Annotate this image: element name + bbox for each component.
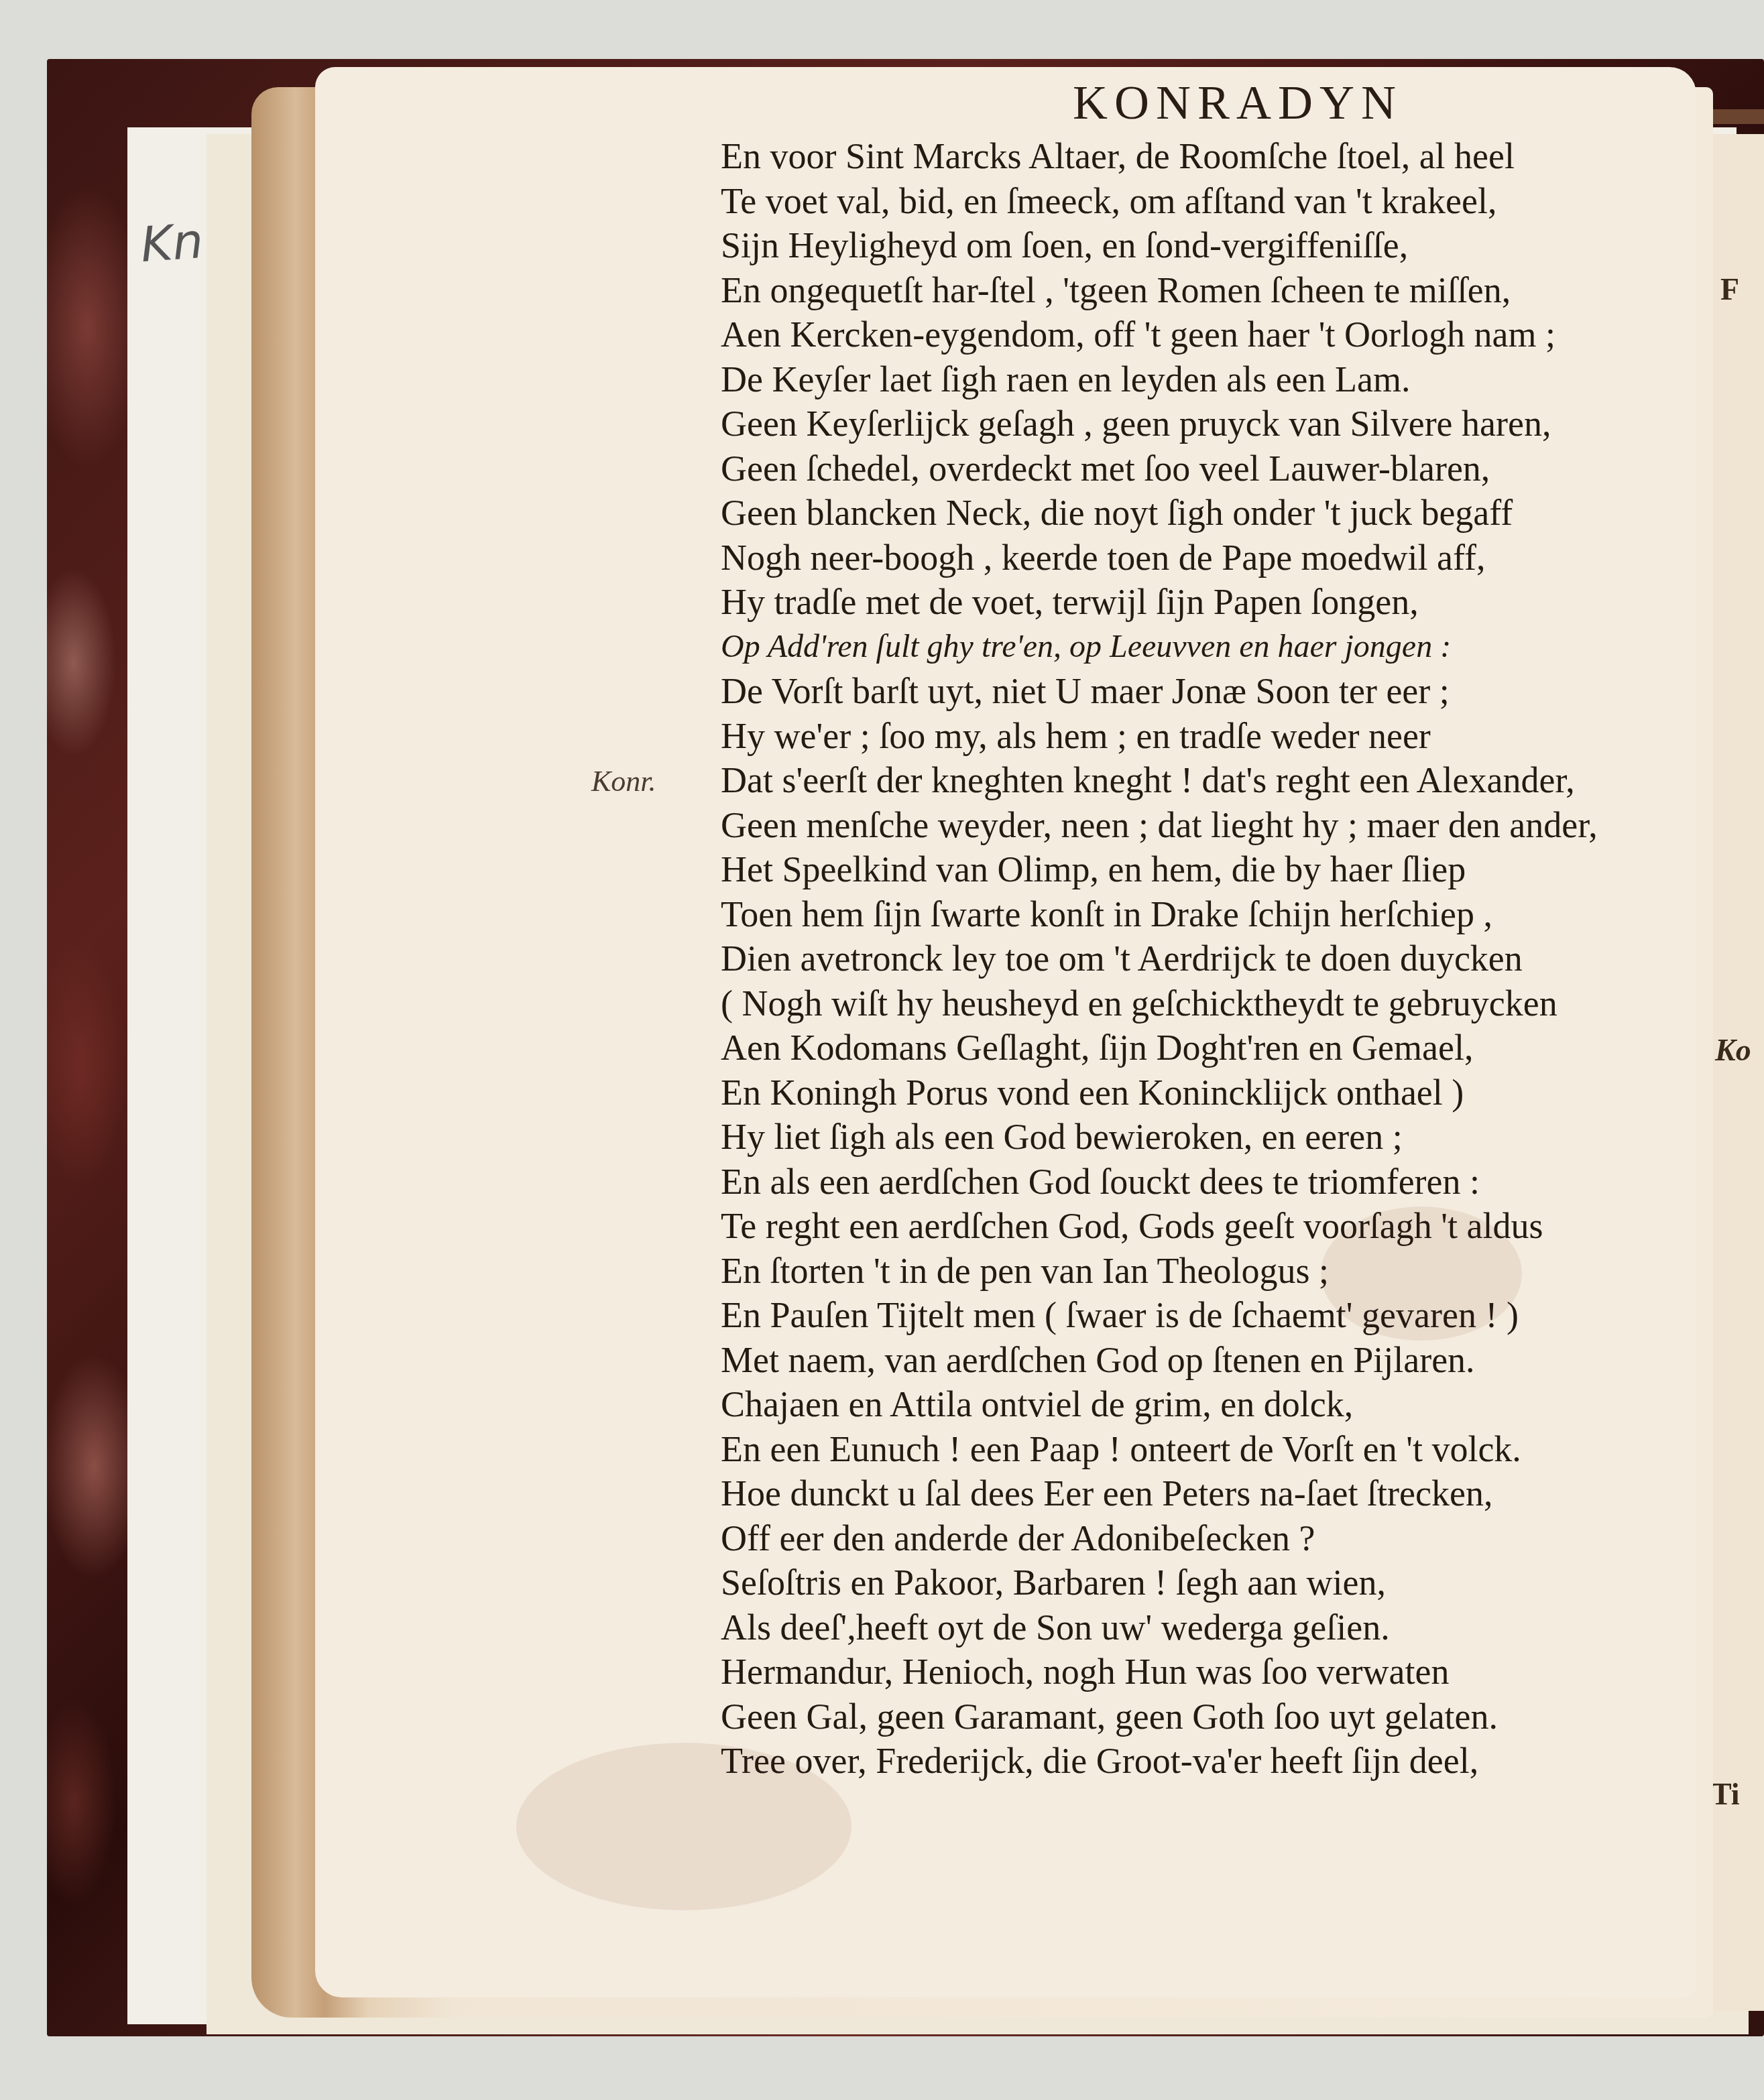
verse-line: Aen Kodomans Geſlaght, ſijn Doght'ren en… <box>721 1026 1659 1070</box>
running-header: KONRADYN <box>1073 75 1403 131</box>
verse-line: Off eer den anderde der Adonibeſecken ? <box>721 1516 1659 1561</box>
verse-line: Dat s'eerſt der kneghten kneght ! dat's … <box>721 758 1659 803</box>
verse-line: Dien avetronck ley toe om 't Aerdrijck t… <box>721 936 1659 981</box>
verse-line: Te reght een aerdſchen God, Gods geeſt v… <box>721 1204 1659 1249</box>
verse-line: Sijn Heyligheyd om ſoen, en ſond-vergiff… <box>721 223 1659 268</box>
verse-line: En als een aerdſchen God ſouckt dees te … <box>721 1160 1659 1205</box>
verse-line: Tree over, Frederijck, die Groot-va'er h… <box>721 1739 1659 1784</box>
verse-line: Hoe dunckt u ſal dees Eer een Peters na-… <box>721 1471 1659 1516</box>
verse-line: Geen Keyſerlijck geſagh , geen pruyck va… <box>721 402 1659 446</box>
verse-line: Met naem, van aerdſchen God op ſtenen en… <box>721 1338 1659 1383</box>
facing-board-edge <box>1706 109 1764 124</box>
verse-text: En voor Sint Marcks Altaer, de Roomſche … <box>721 134 1659 1784</box>
verse-line: Geen Gal, geen Garamant, geen Goth ſoo u… <box>721 1694 1659 1739</box>
speaker-label: Konr. <box>591 764 656 798</box>
verse-line: En Pauſen Tijtelt men ( ſwaer is de ſcha… <box>721 1293 1659 1338</box>
facing-fragment-1: F <box>1720 271 1739 307</box>
verse-line: Chajaen en Attila ontviel de grim, en do… <box>721 1382 1659 1427</box>
verse-line: En voor Sint Marcks Altaer, de Roomſche … <box>721 134 1659 179</box>
facing-fragment-2: Ko <box>1715 1032 1751 1068</box>
verse-line: Hy we'er ; ſoo my, als hem ; en tradſe w… <box>721 714 1659 759</box>
verse-line: ( Nogh wiſt hy heusheyd en geſchicktheyd… <box>721 981 1659 1026</box>
verse-line: De Keyſer laet ſigh raen en leyden als e… <box>721 357 1659 402</box>
verse-line: Geen ſchedel, overdeckt met ſoo veel Lau… <box>721 446 1659 491</box>
verse-line: Op Add'ren ſult ghy tre'en, op Leeuvven … <box>721 625 1659 670</box>
verse-line: En een Eunuch ! een Paap ! onteert de Vo… <box>721 1427 1659 1472</box>
verse-line: Aen Kercken-eygendom, off 't geen haer '… <box>721 312 1659 357</box>
verse-line: De Vorſt barſt uyt, niet U maer Jonæ Soo… <box>721 669 1659 714</box>
verse-line: Geen menſche weyder, neen ; dat lieght h… <box>721 803 1659 848</box>
verse-line: Toen hem ſijn ſwarte konſt in Drake ſchi… <box>721 892 1659 937</box>
verse-line: Geen blancken Neck, die noyt ſigh onder … <box>721 491 1659 536</box>
verse-line: En Koningh Porus vond een Koninckliјck o… <box>721 1070 1659 1115</box>
verse-line: Het Speelkind van Olimp, en hem, die by … <box>721 847 1659 892</box>
pencil-annotation: Kn <box>139 212 204 273</box>
verse-line: Hy liet ſigh als een God bewieroken, en … <box>721 1115 1659 1160</box>
verse-line: Als deeſ',heeft oyt de Son uw' wederga g… <box>721 1605 1659 1650</box>
verse-line: Hermandur, Henioch, nogh Hun was ſoo ver… <box>721 1650 1659 1694</box>
verse-line: En ongequetſt har-ſtel , 'tgeen Romen ſc… <box>721 268 1659 313</box>
verse-line: Hy tradſe met de voet, terwijl ſijn Pape… <box>721 580 1659 625</box>
verse-line: Seſoſtris en Pakoor, Barbaren ! ſegh aan… <box>721 1560 1659 1605</box>
verse-line: Nogh neer-boogh , keerde toen de Pape mo… <box>721 536 1659 580</box>
verse-line: En ſtorten 't in de pen van Ian Theologu… <box>721 1249 1659 1294</box>
verse-line: Te voet val, bid, en ſmeeck, om afſtand … <box>721 179 1659 224</box>
facing-fragment-3: Ti <box>1711 1776 1740 1812</box>
